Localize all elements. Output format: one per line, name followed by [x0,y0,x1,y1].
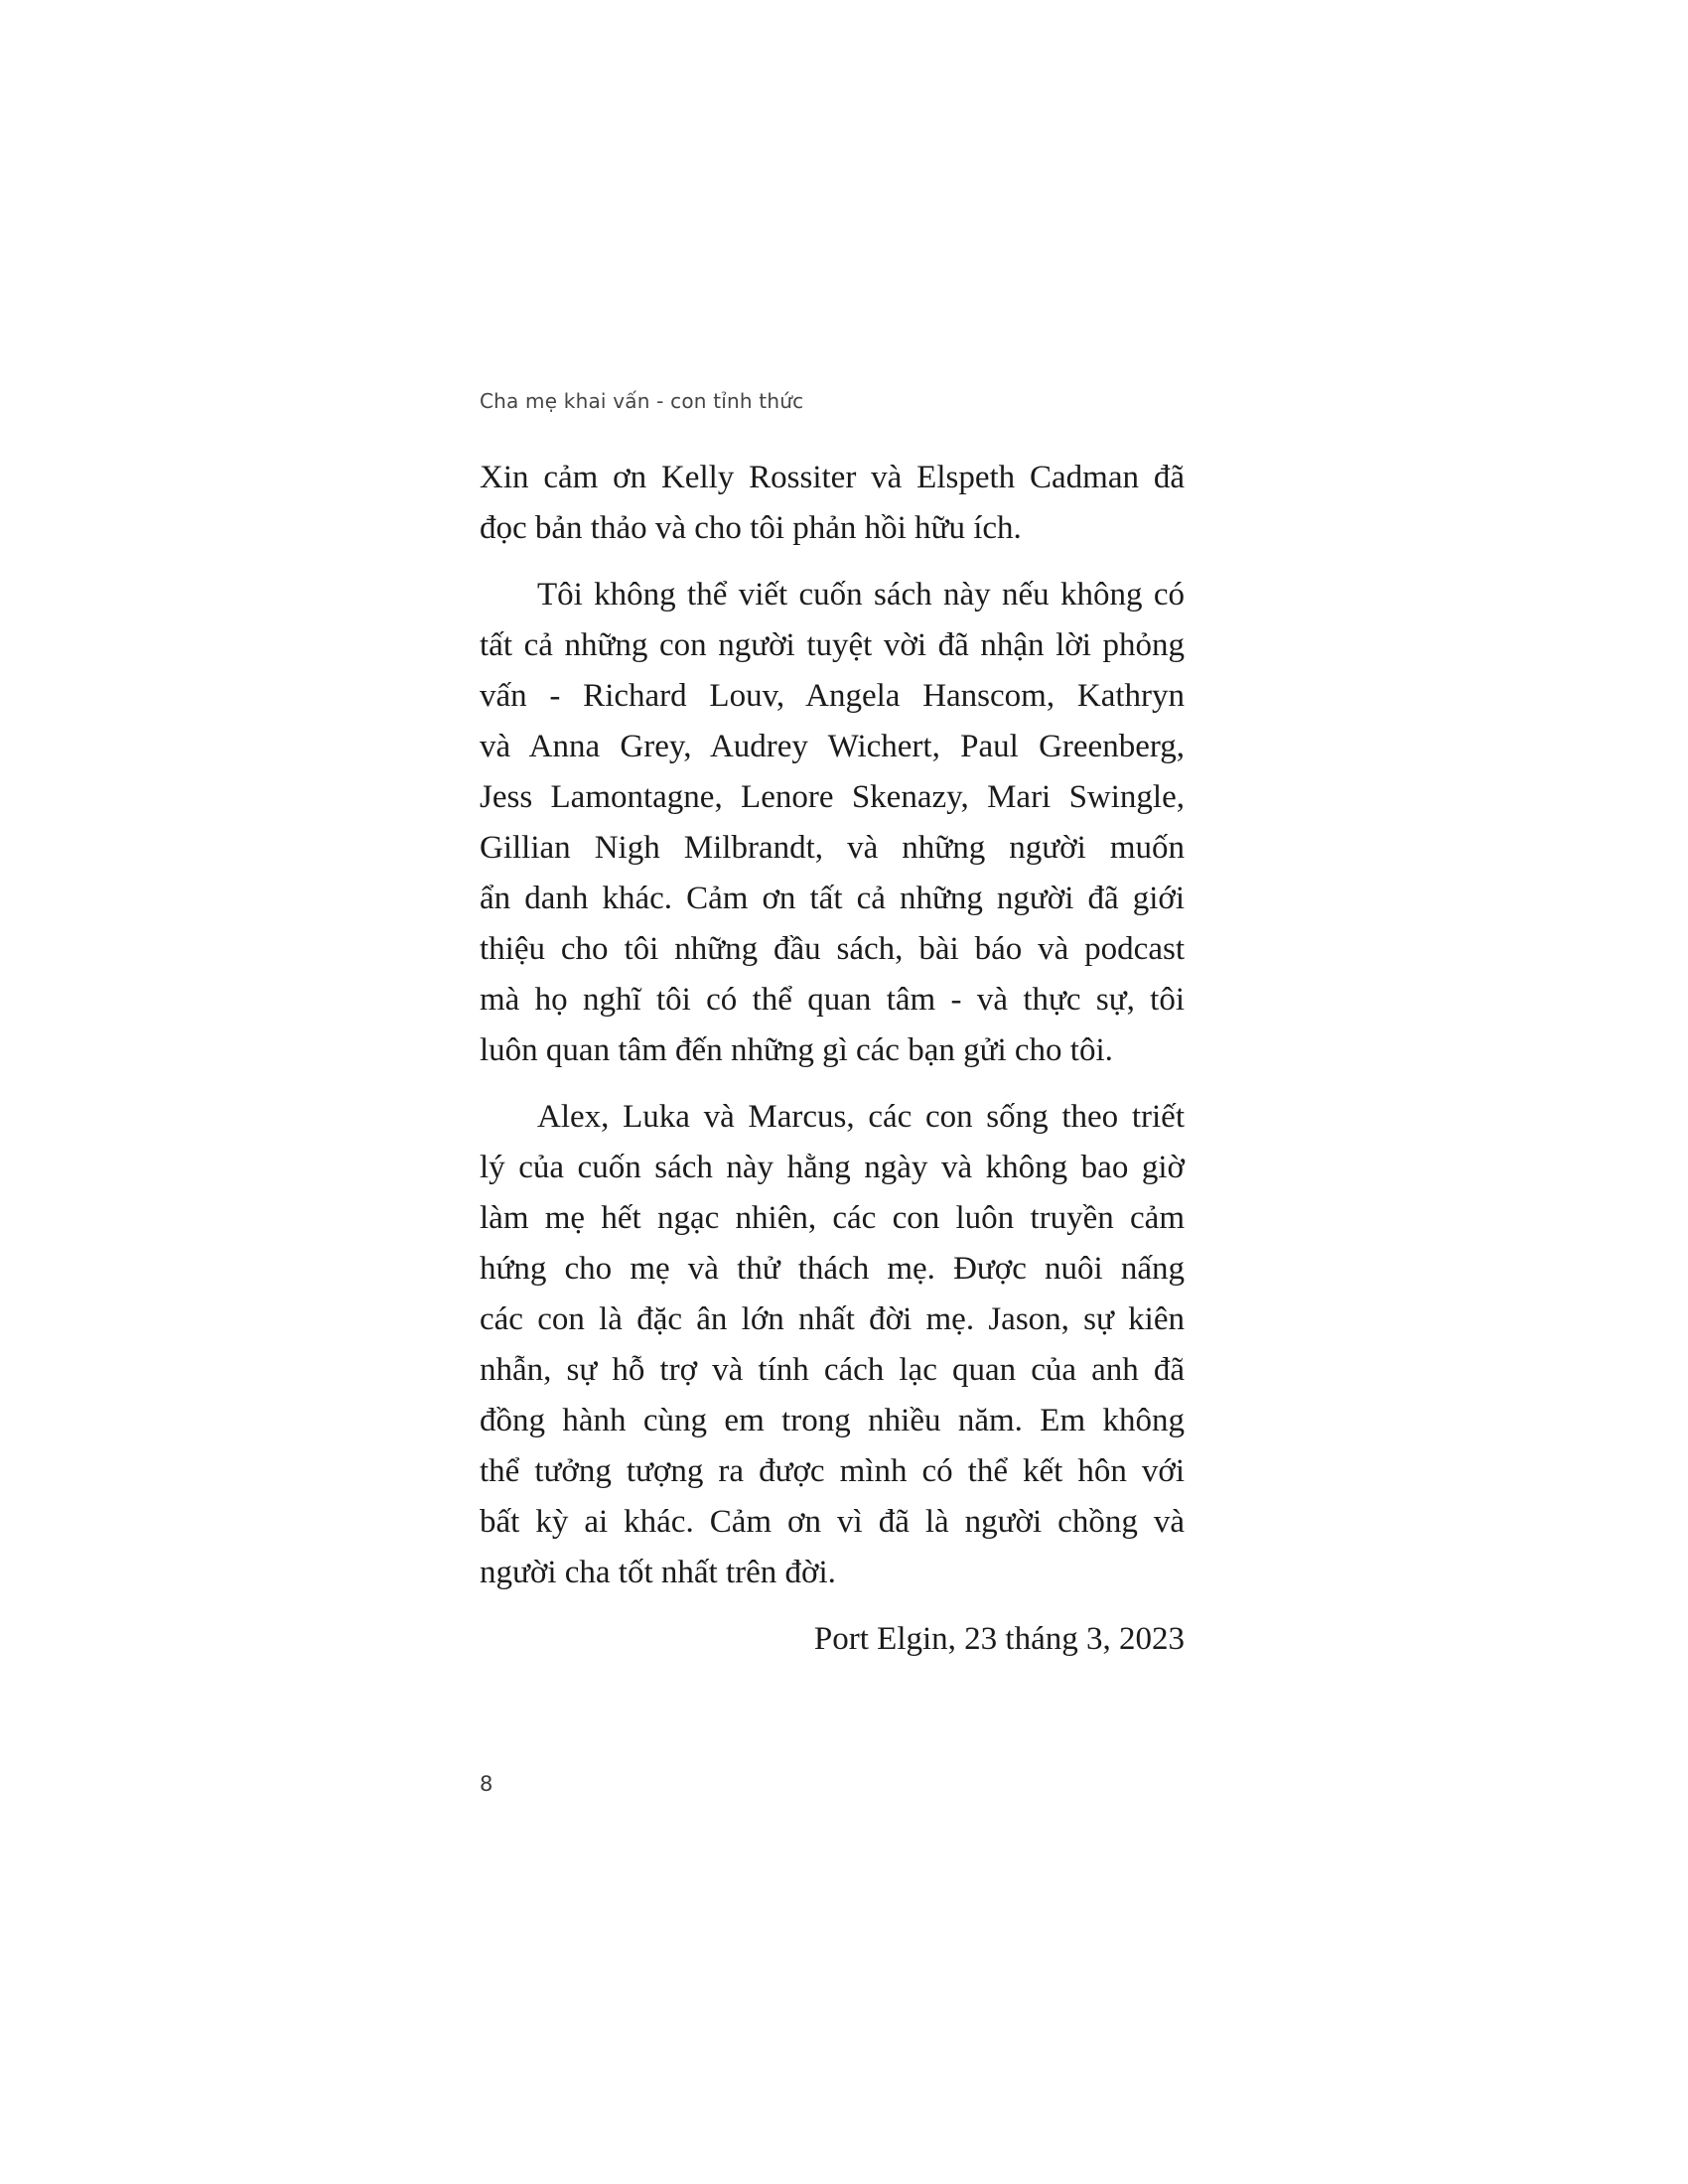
running-header: Cha mẹ khai vấn - con tỉnh thức [480,387,803,415]
text-line: và Anna Grey, Audrey Wichert, Paul Green… [480,722,1185,772]
text-line: Xin cảm ơn Kelly Rossiter và Elspeth Cad… [480,453,1185,503]
text-line: làm mẹ hết ngạc nhiên, các con luôn truy… [480,1193,1185,1244]
text-line: thiệu cho tôi những đầu sách, bài báo và… [480,924,1185,975]
text-line: Alex, Luka và Marcus, các con sống theo … [480,1092,1185,1143]
body-text: Xin cảm ơn Kelly Rossiter và Elspeth Cad… [480,453,1185,1665]
book-page: Cha mẹ khai vấn - con tỉnh thức Xin cảm … [0,0,1688,2184]
paragraph-acknowledgement-readers: Xin cảm ơn Kelly Rossiter và Elspeth Cad… [480,453,1185,554]
text-line: nhẫn, sự hỗ trợ và tính cách lạc quan củ… [480,1345,1185,1396]
text-line: thể tưởng tượng ra được mình có thể kết … [480,1446,1185,1497]
paragraph-acknowledgement-interviewees: Tôi không thể viết cuốn sách này nếu khô… [480,570,1185,1076]
text-line: Tôi không thể viết cuốn sách này nếu khô… [480,570,1185,620]
text-line: bất kỳ ai khác. Cảm ơn vì đã là người ch… [480,1497,1185,1548]
text-line: đọc bản thảo và cho tôi phản hồi hữu ích… [480,503,1185,554]
text-line: người cha tốt nhất trên đời. [480,1548,1185,1598]
text-line: Jess Lamontagne, Lenore Skenazy, Mari Sw… [480,772,1185,823]
place-date-signature: Port Elgin, 23 tháng 3, 2023 [480,1614,1185,1665]
text-line: các con là đặc ân lớn nhất đời mẹ. Jason… [480,1295,1185,1345]
text-line: vấn - Richard Louv, Angela Hanscom, Kath… [480,671,1185,722]
text-line: Gillian Nigh Milbrandt, và những người m… [480,823,1185,874]
text-line: luôn quan tâm đến những gì các bạn gửi c… [480,1025,1185,1076]
text-line: tất cả những con người tuyệt vời đã nhận… [480,620,1185,671]
text-line: ẩn danh khác. Cảm ơn tất cả những người … [480,874,1185,924]
text-line: mà họ nghĩ tôi có thể quan tâm - và thực… [480,975,1185,1025]
paragraph-acknowledgement-family: Alex, Luka và Marcus, các con sống theo … [480,1092,1185,1598]
page-number: 8 [480,1769,492,1799]
text-line: lý của cuốn sách này hằng ngày và không … [480,1143,1185,1193]
text-line: đồng hành cùng em trong nhiều năm. Em kh… [480,1396,1185,1446]
text-line: hứng cho mẹ và thử thách mẹ. Được nuôi n… [480,1244,1185,1295]
